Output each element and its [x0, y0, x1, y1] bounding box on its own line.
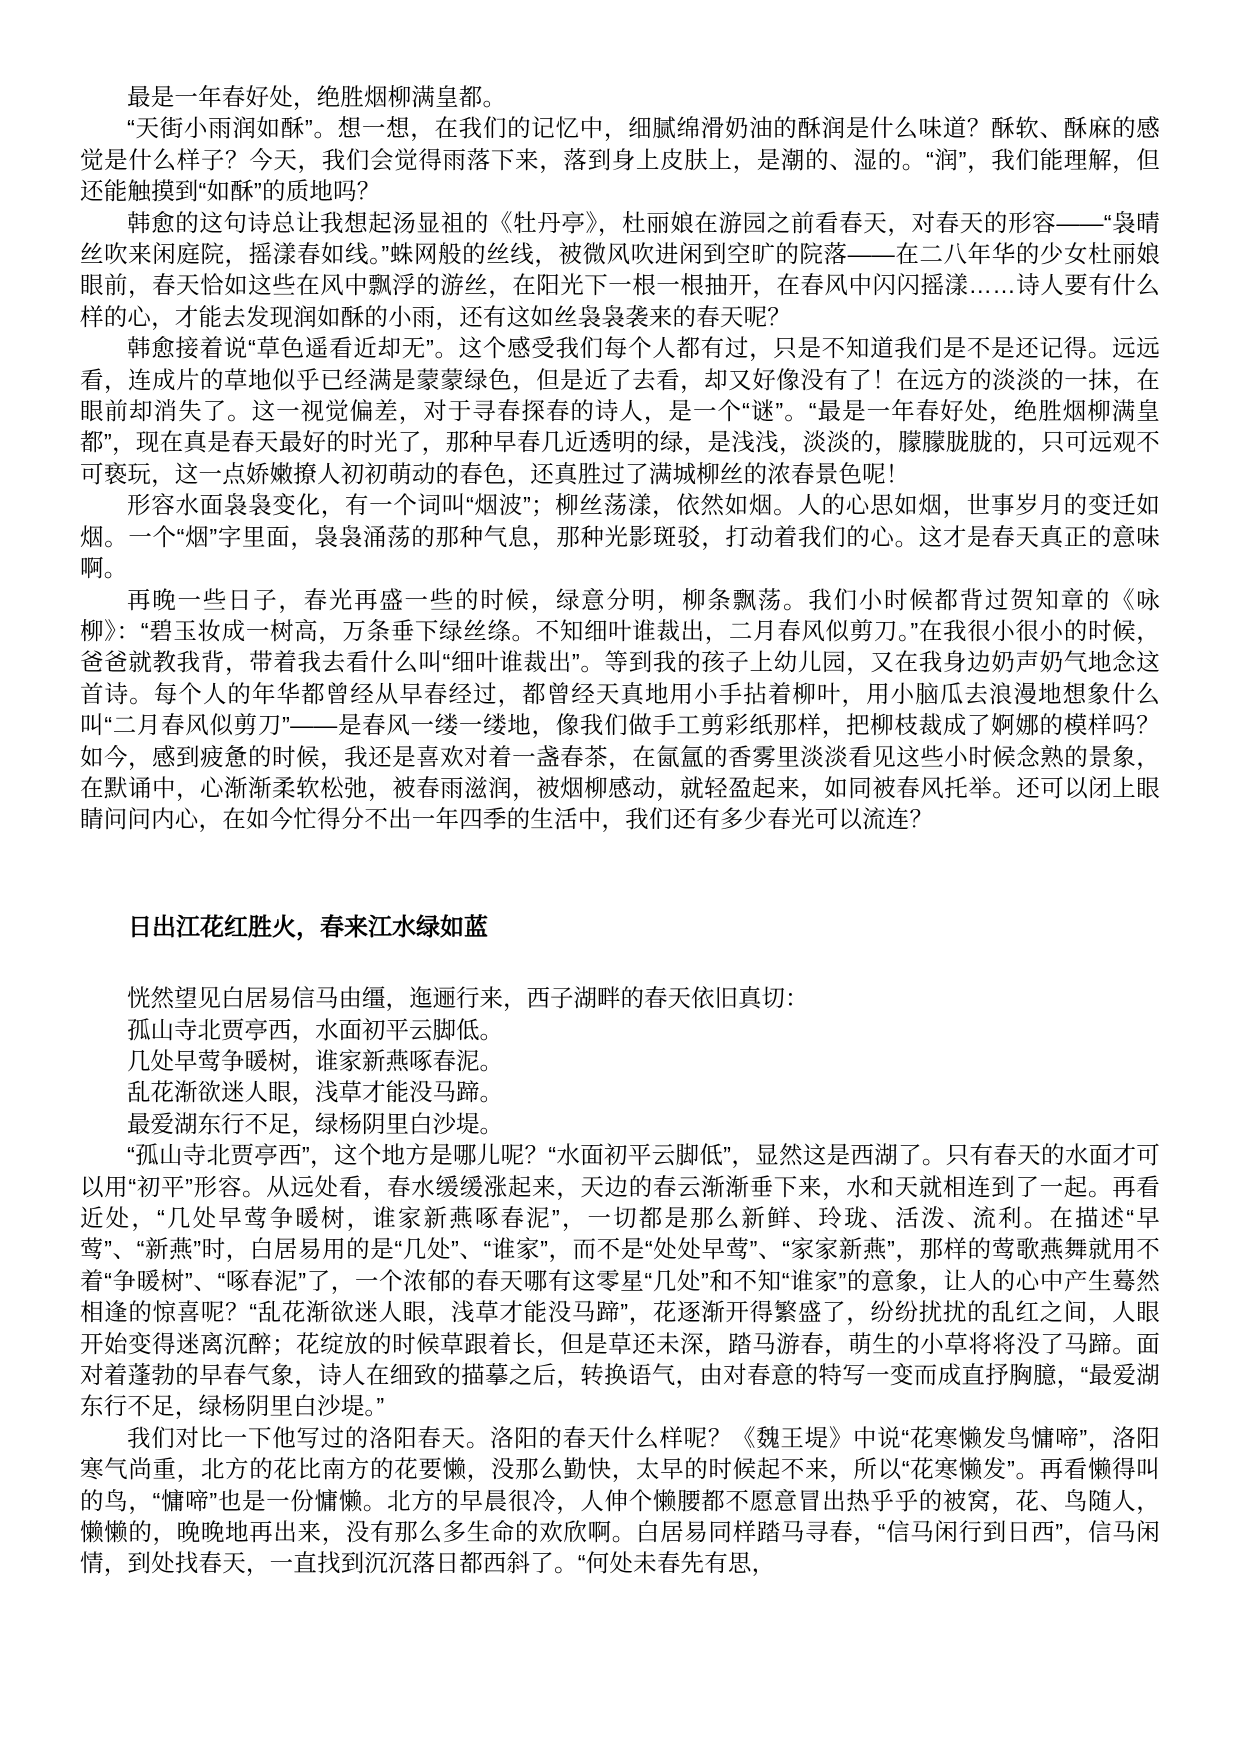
poem-line-4: 最爱湖东行不足，绿杨阴里白沙堤。	[80, 1109, 1160, 1140]
paragraph-caose-yaokan: 韩愈接着说“草色遥看近却无”。这个感受我们每个人都有过，只是不知道我们是不是还记…	[80, 333, 1160, 490]
quoted-verse-line: 最是一年春好处，绝胜烟柳满皇都。	[80, 82, 1160, 113]
intro-line: 恍然望见白居易信马由缰，迤逦行来，西子湖畔的春天依旧真切：	[80, 983, 1160, 1014]
paragraph-yanbo: 形容水面袅袅变化，有一个词叫“烟波”；柳丝荡漾，依然如烟。人的心思如烟，世事岁月…	[80, 490, 1160, 584]
book-page: 最是一年春好处，绝胜烟柳满皇都。 “天街小雨润如酥”。想一想，在我们的记忆中，细…	[80, 82, 1160, 1580]
paragraph-gushansi-analysis: “孤山寺北贾亭西”，这个地方是哪儿呢？“水面初平云脚低”，显然这是西湖了。只有春…	[80, 1140, 1160, 1423]
paragraph-tianjie-xiaoyu: “天街小雨润如酥”。想一想，在我们的记忆中，细腻绵滑奶油的酥润是什么味道？酥软、…	[80, 113, 1160, 207]
poem-line-1: 孤山寺北贾亭西，水面初平云脚低。	[80, 1015, 1160, 1046]
paragraph-mudanting: 韩愈的这句诗总让我想起汤显祖的《牡丹亭》，杜丽娘在游园之前看春天，对春天的形容—…	[80, 208, 1160, 334]
poem-line-3: 乱花渐欲迷人眼，浅草才能没马蹄。	[80, 1077, 1160, 1108]
paragraph-luoyang-spring: 我们对比一下他写过的洛阳春天。洛阳的春天什么样呢？《魏王堤》中说“花寒懒发鸟慵啼…	[80, 1423, 1160, 1580]
poem-line-2: 几处早莺争暖树，谁家新燕啄春泥。	[80, 1046, 1160, 1077]
paragraph-yongliu: 再晚一些日子，春光再盛一些的时候，绿意分明，柳条飘荡。我们小时候都背过贺知章的《…	[80, 585, 1160, 836]
section-heading: 日出江花红胜火，春来江水绿如蓝	[80, 912, 1160, 943]
